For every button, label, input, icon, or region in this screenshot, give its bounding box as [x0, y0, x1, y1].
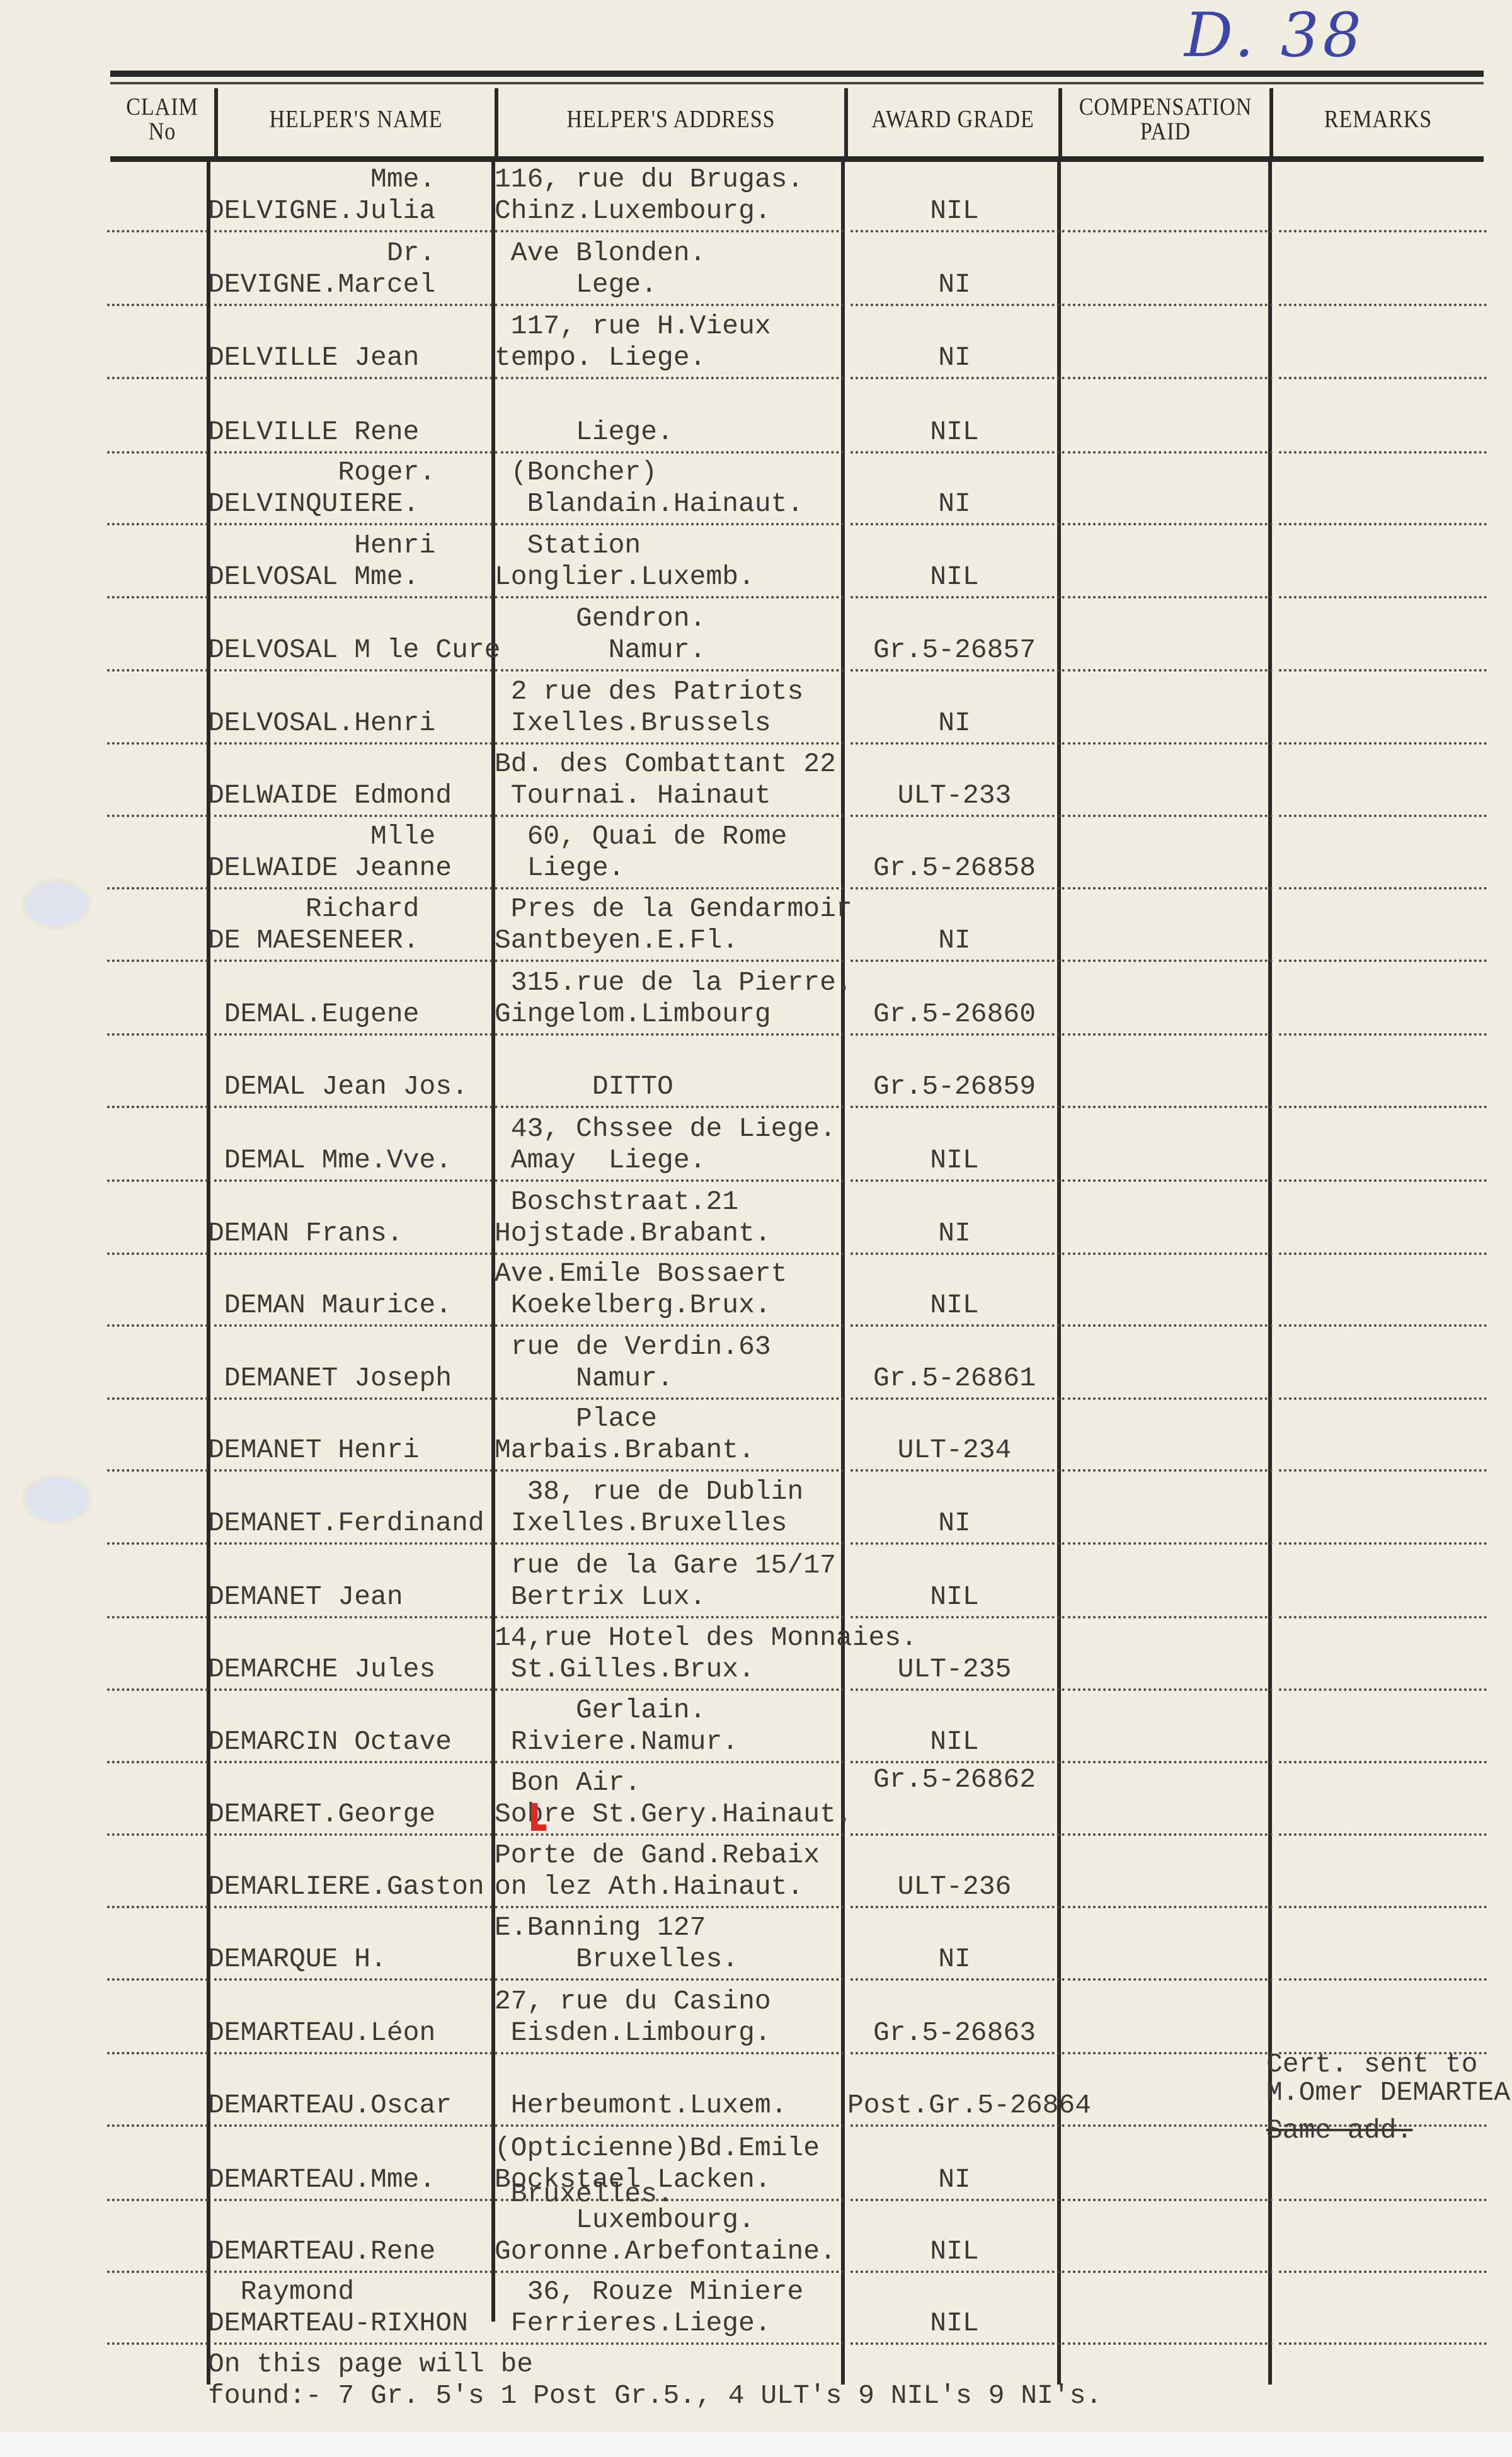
helper-address-line2: Bertrix Lux.	[495, 1581, 860, 1613]
header-award-grade: AWARD GRADE	[847, 84, 1058, 156]
helper-name-line2: DEMAN Frans.	[208, 1218, 488, 1249]
dotted-row-rule	[850, 669, 1065, 672]
dotted-row-rule	[850, 2052, 1065, 2054]
award-grade: Gr.5-26863	[847, 2017, 1062, 2049]
dotted-row-rule	[1279, 959, 1487, 962]
dotted-row-rule	[501, 1106, 844, 1108]
dotted-row-rule	[1068, 304, 1273, 306]
dotted-row-rule	[1068, 230, 1273, 232]
dotted-row-rule	[1279, 1033, 1487, 1036]
dotted-row-rule	[1279, 2342, 1487, 2345]
helper-name-line2: DEMARTEAU.Rene	[208, 2236, 488, 2267]
helper-address-line1: Ave.Emile Bossaert	[495, 1258, 860, 1290]
dotted-row-rule	[1279, 304, 1487, 306]
dotted-row-rule	[850, 1978, 1065, 1981]
dotted-row-rule	[1279, 815, 1487, 817]
header-divider	[214, 88, 218, 157]
table-row: DELVILLE Jean 117, rue H.Vieuxtempo. Lie…	[107, 307, 1487, 380]
helper-address-line1: Place	[495, 1403, 860, 1435]
helper-name-line2: DELVOSAL.Henri	[208, 707, 488, 739]
dotted-row-rule	[501, 815, 844, 817]
helper-address-line2: Hojstade.Brabant.	[495, 1218, 860, 1249]
helper-name-line2: DELVILLE Rene	[208, 416, 488, 448]
dotted-row-rule	[107, 2052, 208, 2054]
award-grade: Gr.5-26858	[847, 852, 1062, 884]
dotted-row-rule	[501, 1761, 844, 1763]
helper-address-line1: Ave Blonden.	[495, 238, 860, 269]
table-row: DEMARET.George Bon Air.Sobre St.Gery.Hai…	[107, 1764, 1487, 1836]
dotted-row-rule	[214, 742, 498, 745]
dotted-row-rule	[107, 2124, 208, 2127]
dotted-row-rule	[1279, 669, 1487, 672]
helper-address-line2: Namur.	[495, 1363, 860, 1394]
dotted-row-rule	[107, 1106, 208, 1108]
dotted-row-rule	[850, 596, 1065, 598]
award-grade: NI	[847, 707, 1062, 739]
dotted-row-rule	[1068, 1688, 1273, 1691]
helper-address-line2: Riviere.Namur.	[495, 1726, 860, 1758]
dotted-row-rule	[1068, 1906, 1273, 1908]
table-row: DEMANET Henri PlaceMarbais.Brabant.ULT-2…	[107, 1400, 1487, 1472]
helper-address-line1: (Opticienne)Bd.Emile	[495, 2133, 860, 2164]
helper-address-line1: 2 rue des Patriots	[495, 676, 860, 707]
dotted-row-rule	[214, 1179, 498, 1182]
helper-address-line1: 27, rue du Casino	[495, 1986, 860, 2017]
helper-address-line2: St.Gilles.Brux.	[495, 1654, 860, 1685]
helper-address-line1: 36, Rouze Miniere	[495, 2276, 860, 2308]
award-grade: NI	[847, 269, 1062, 301]
dotted-row-rule	[850, 1106, 1065, 1108]
dotted-row-rule	[1068, 2124, 1273, 2127]
helper-name-line2: DEMARCHE Jules	[208, 1654, 488, 1685]
helper-address-line2: Santbeyen.E.Fl.	[495, 925, 860, 956]
dotted-row-rule	[1279, 1616, 1487, 1618]
dotted-row-rule	[501, 230, 844, 232]
dotted-row-rule	[107, 1616, 208, 1618]
dotted-row-rule	[1068, 669, 1273, 672]
dotted-row-rule	[214, 1761, 498, 1763]
award-grade: ULT-235	[847, 1654, 1062, 1685]
dotted-row-rule	[501, 1833, 844, 1836]
award-grade: NI	[847, 488, 1062, 520]
dotted-row-rule	[850, 1033, 1065, 1036]
dotted-row-rule	[850, 959, 1065, 962]
dotted-row-rule	[850, 2124, 1065, 2127]
helper-address-line2: tempo. Liege.	[495, 342, 860, 374]
award-grade: NIL	[847, 195, 1062, 227]
header-divider	[495, 88, 498, 157]
dotted-row-rule	[501, 959, 844, 962]
dotted-row-rule	[1279, 1469, 1487, 1472]
dotted-row-rule	[1279, 596, 1487, 598]
helper-name-line2: DEMANET.Ferdinand	[208, 1508, 488, 1539]
table-row: DEMAN Frans. Boschstraat.21Hojstade.Brab…	[107, 1183, 1487, 1256]
helper-address-line2: Koekelberg.Brux.	[495, 1290, 860, 1321]
dotted-row-rule	[107, 1978, 208, 1981]
helper-name-line2: DEMAL Jean Jos.	[208, 1071, 488, 1102]
helper-address-line1: 14,rue Hotel des Monnaies.	[495, 1622, 860, 1654]
dotted-row-rule	[850, 1616, 1065, 1618]
dotted-row-rule	[1068, 2052, 1273, 2054]
dotted-row-rule	[850, 1906, 1065, 1908]
dotted-row-rule	[1068, 596, 1273, 598]
table-row: DEMANET Joseph rue de Verdin.63 Namur.Gr…	[107, 1328, 1487, 1400]
header-divider	[844, 88, 848, 157]
award-grade: NI	[847, 1218, 1062, 1249]
dotted-row-rule	[501, 1033, 844, 1036]
helper-name-line2: DEMARET.George	[208, 1799, 488, 1830]
helper-name-line2: DELVILLE Jean	[208, 342, 488, 374]
table-row: DEMAL Jean Jos. DITTOGr.5-26859	[107, 1036, 1487, 1109]
dotted-row-rule	[214, 815, 498, 817]
dotted-row-rule	[1279, 887, 1487, 890]
punch-hole	[25, 1477, 88, 1521]
dotted-row-rule	[1068, 959, 1273, 962]
dotted-row-rule	[214, 2052, 498, 2054]
dotted-row-rule	[214, 596, 498, 598]
footer-summary-line1: On this page will be	[208, 2349, 533, 2380]
dotted-row-rule	[214, 1542, 498, 1545]
dotted-row-rule	[1068, 1106, 1273, 1108]
dotted-row-rule	[107, 959, 208, 962]
helper-name-line2: DEMAL.Eugene	[208, 999, 488, 1030]
helper-name-line2: DEMARTEAU.Léon	[208, 2017, 488, 2049]
header-divider	[1269, 88, 1273, 157]
header-helper-address: HELPER'S ADDRESS	[498, 84, 844, 156]
dotted-row-rule	[107, 304, 208, 306]
dotted-row-rule	[1068, 2342, 1273, 2345]
dotted-row-rule	[850, 1688, 1065, 1691]
dotted-row-rule	[850, 1761, 1065, 1763]
red-correction-mark	[531, 1803, 537, 1831]
dotted-row-rule	[1279, 230, 1487, 232]
dotted-row-rule	[501, 1179, 844, 1182]
dotted-row-rule	[1279, 1324, 1487, 1327]
helper-name-line2: DE MAESENEER.	[208, 925, 488, 956]
dotted-row-rule	[501, 1616, 844, 1618]
award-grade: ULT-233	[847, 780, 1062, 811]
helper-address-line1: 117, rue H.Vieux	[495, 311, 860, 342]
award-grade: NIL	[847, 1145, 1062, 1176]
dotted-row-rule	[214, 669, 498, 672]
table-row: DEMARLIERE.GastonPorte de Gand.Rebaixon …	[107, 1836, 1487, 1909]
table-row: Roger.DELVINQUIERE. (Boncher) Blandain.H…	[107, 454, 1487, 526]
helper-address-line1: Pres de la Gendarmoir	[495, 893, 860, 925]
footer-summary-line2: found:- 7 Gr. 5's 1 Post Gr.5., 4 ULT's …	[208, 2380, 1102, 2412]
helper-address-line2: Herbeumont.Luxem.	[495, 2090, 860, 2121]
award-grade: Gr.5-26857	[847, 634, 1062, 666]
helper-name-line2: DEVIGNE.Marcel	[208, 269, 488, 301]
helper-name-line2: DEMARTEAU.Oscar	[208, 2090, 488, 2121]
dotted-row-rule	[214, 2124, 498, 2127]
helper-name-line2: DEMARTEAU-RIXHON	[208, 2308, 488, 2339]
dotted-row-rule	[1068, 815, 1273, 817]
helper-address-line2: Ferrieres.Liege.	[495, 2308, 860, 2339]
award-grade: NIL	[847, 1581, 1062, 1613]
dotted-row-rule	[214, 1833, 498, 1836]
table-row: DEMARTEAU.Mme.(Opticienne)Bd.EmileBockst…	[107, 2129, 1487, 2202]
dotted-row-rule	[850, 887, 1065, 890]
dotted-row-rule	[107, 1033, 208, 1036]
dotted-row-rule	[1279, 523, 1487, 525]
dotted-row-rule	[1279, 1761, 1487, 1763]
helper-name-line1: Mme.	[208, 164, 488, 195]
punch-hole	[25, 882, 88, 926]
award-grade: NI	[847, 925, 1062, 956]
dotted-row-rule	[214, 1906, 498, 1908]
helper-name-line2: DELVIGNE.Julia	[208, 195, 488, 227]
table-row: DEMAL.Eugene 315.rue de la Pierre.Gingel…	[107, 964, 1487, 1036]
header-helper-name: HELPER'S NAME	[217, 84, 495, 156]
award-grade: NIL	[847, 416, 1062, 448]
dotted-row-rule	[501, 304, 844, 306]
helper-address-line1: 38, rue de Dublin	[495, 1476, 860, 1508]
dotted-row-rule	[850, 1179, 1065, 1182]
header-remarks: REMARKS	[1273, 84, 1484, 156]
helper-address-line1: rue de la Gare 15/17	[495, 1550, 860, 1581]
award-grade: Gr.5-26859	[847, 1071, 1062, 1102]
helper-address-line1: rue de Verdin.63	[495, 1331, 860, 1363]
dotted-row-rule	[107, 523, 208, 525]
dotted-row-rule	[1068, 1542, 1273, 1545]
dotted-row-rule	[501, 596, 844, 598]
header-divider	[1058, 88, 1062, 157]
header-claim-no: CLAIM No	[110, 84, 214, 156]
dotted-row-rule	[1068, 1324, 1273, 1327]
helper-address-line2: Ixelles.Brussels	[495, 707, 860, 739]
helper-address-line1: Station	[495, 530, 860, 561]
helper-name-line1: Roger.	[208, 457, 488, 488]
table-row: HenriDELVOSAL Mme. StationLonglier.Luxem…	[107, 527, 1487, 599]
helper-address-line1: E.Banning 127	[495, 1912, 860, 1944]
dotted-row-rule	[1279, 1542, 1487, 1545]
dotted-row-rule	[214, 1978, 498, 1981]
award-grade: NIL	[847, 1726, 1062, 1758]
helper-address-line1: Boschstraat.21	[495, 1186, 860, 1218]
helper-name-line2: DELVOSAL M le Cure	[208, 634, 488, 666]
helper-address-line1: (Boncher)	[495, 457, 860, 488]
table-row: DEMARTEAU.Oscar Herbeumont.Luxem.Post.Gr…	[107, 2055, 1487, 2128]
dotted-row-rule	[1068, 1978, 1273, 1981]
dotted-row-rule	[1068, 377, 1273, 379]
dotted-row-rule	[501, 669, 844, 672]
dotted-row-rule	[107, 1833, 208, 1836]
helper-address-line2: Sobre St.Gery.Hainaut.	[495, 1799, 860, 1830]
dotted-row-rule	[1068, 742, 1273, 745]
dotted-row-rule	[850, 815, 1065, 817]
dotted-row-rule	[1068, 1616, 1273, 1618]
award-grade: NIL	[847, 2308, 1062, 2339]
award-grade: Gr.5-26862	[847, 1764, 1062, 1795]
dotted-row-rule	[214, 1033, 498, 1036]
remarks-line1: Cert. sent to	[1266, 2049, 1493, 2080]
helper-address-line2: Longlier.Luxemb.	[495, 561, 860, 593]
dotted-row-rule	[214, 959, 498, 962]
helper-address-line1: Gendron.	[495, 603, 860, 634]
helper-name-line1: Richard	[208, 893, 488, 925]
table-row: MlleDELWAIDE Jeanne 60, Quai de Rome Lie…	[107, 818, 1487, 890]
table-row: DEMARCHE Jules14,rue Hotel des Monnaies.…	[107, 1619, 1487, 1692]
dotted-row-rule	[107, 377, 208, 379]
award-grade: NI	[847, 2164, 1062, 2196]
dotted-row-rule	[501, 1978, 844, 1981]
dotted-row-rule	[501, 2052, 844, 2054]
helper-address-line2: Marbais.Brabant.	[495, 1435, 860, 1466]
dotted-row-rule	[501, 742, 844, 745]
table-row: DEMARQUE H.E.Banning 127 Bruxelles.NI	[107, 1909, 1487, 1981]
dotted-row-rule	[214, 1324, 498, 1327]
helper-address-line1: Bon Air.	[495, 1767, 860, 1799]
helper-name-line2: DELWAIDE Jeanne	[208, 852, 488, 884]
dotted-row-rule	[1279, 377, 1487, 379]
helper-address-line1: 116, rue du Brugas.	[495, 164, 860, 195]
dotted-row-rule	[107, 1324, 208, 1327]
award-grade: Post.Gr.5-26864	[847, 2090, 1062, 2121]
dotted-row-rule	[501, 1542, 844, 1545]
table-row: DEMAN Maurice.Ave.Emile Bossaert Koekelb…	[107, 1255, 1487, 1327]
dotted-row-rule	[850, 523, 1065, 525]
dotted-row-rule	[850, 742, 1065, 745]
helper-address-line2: Eisden.Limbourg.	[495, 2017, 860, 2049]
helper-name-line2: DELVOSAL Mme.	[208, 561, 488, 593]
helper-address-line1: Gerlain.	[495, 1695, 860, 1726]
header-top-rule	[110, 71, 1484, 77]
helper-name-line2: DEMANET Joseph	[208, 1363, 488, 1394]
table-row: DEMANET Jean rue de la Gare 15/17 Bertri…	[107, 1547, 1487, 1619]
dotted-row-rule	[1279, 1833, 1487, 1836]
table-row: RaymondDEMARTEAU-RIXHON 36, Rouze Minier…	[107, 2273, 1487, 2345]
dotted-row-rule	[501, 1469, 844, 1472]
helper-name-line2: DEMAL Mme.Vve.	[208, 1145, 488, 1176]
table-row: DEMANET.Ferdinand 38, rue de Dublin Ixel…	[107, 1473, 1487, 1545]
helper-address-line2: Liege.	[495, 416, 860, 448]
table-row: Dr.DEVIGNE.Marcel Ave Blonden. Lege.NI	[107, 234, 1487, 307]
dotted-row-rule	[1279, 1978, 1487, 1981]
helper-name-line2: DEMARTEAU.Mme.	[208, 2164, 488, 2196]
dotted-row-rule	[214, 2342, 498, 2345]
dotted-row-rule	[107, 887, 208, 890]
dotted-row-rule	[501, 1906, 844, 1908]
dotted-row-rule	[501, 887, 844, 890]
dotted-row-rule	[214, 1469, 498, 1472]
dotted-row-rule	[107, 1761, 208, 1763]
helper-address-line2: Tournai. Hainaut	[495, 780, 860, 811]
dotted-row-rule	[1068, 523, 1273, 525]
helper-address-line1: 315.rue de la Pierre.	[495, 967, 860, 999]
dotted-row-rule	[1068, 1469, 1273, 1472]
helper-address-line2: on lez Ath.Hainaut.	[495, 1871, 860, 1903]
award-grade: Gr.5-26861	[847, 1363, 1062, 1394]
helper-name-line2: DEMARLIERE.Gaston	[208, 1871, 488, 1903]
dotted-row-rule	[501, 2124, 844, 2127]
dotted-row-rule	[850, 1324, 1065, 1327]
table-row: DELWAIDE EdmondBd. des Combattant 22 Tou…	[107, 745, 1487, 818]
page-number-annotation: D. 38	[1184, 0, 1365, 71]
dotted-row-rule	[850, 1833, 1065, 1836]
dotted-row-rule	[850, 1469, 1065, 1472]
dotted-row-rule	[1068, 1033, 1273, 1036]
dotted-row-rule	[107, 742, 208, 745]
table-row: DEMAL Mme.Vve. 43, Chssee de Liege. Amay…	[107, 1110, 1487, 1183]
dotted-row-rule	[1279, 1688, 1487, 1691]
award-grade: NIL	[847, 1290, 1062, 1321]
helper-name-line2: DEMARQUE H.	[208, 1944, 488, 1975]
table-row: DELVILLE Rene Liege.NIL	[107, 382, 1487, 454]
dotted-row-rule	[850, 230, 1065, 232]
dotted-row-rule	[214, 1106, 498, 1108]
dotted-row-rule	[850, 377, 1065, 379]
scan-background	[0, 2432, 1512, 2457]
table-row: DEMARTEAU.Rene Luxembourg.Goronne.Arbefo…	[107, 2201, 1487, 2274]
dotted-row-rule	[107, 815, 208, 817]
dotted-row-rule	[214, 887, 498, 890]
table-row: DELVOSAL M le Cure Gendron. Namur.Gr.5-2…	[107, 600, 1487, 672]
dotted-row-rule	[1068, 1179, 1273, 1182]
dotted-row-rule	[1279, 1906, 1487, 1908]
helper-name-line2: DEMANET Henri	[208, 1435, 488, 1466]
dotted-row-rule	[1279, 742, 1487, 745]
helper-address-line2: Blandain.Hainaut.	[495, 488, 860, 520]
award-grade: ULT-234	[847, 1435, 1062, 1466]
dotted-row-rule	[214, 230, 498, 232]
dotted-row-rule	[214, 1688, 498, 1691]
helper-name-line1: Henri	[208, 530, 488, 561]
helper-address-line1: 43, Chssee de Liege.	[495, 1113, 860, 1145]
helper-address-line1: Bd. des Combattant 22	[495, 748, 860, 780]
helper-name-line2: DEMARCIN Octave	[208, 1726, 488, 1758]
award-grade: NI	[847, 1944, 1062, 1975]
helper-address-line2: Lege.	[495, 269, 860, 301]
helper-name-line2: DEMAN Maurice.	[208, 1290, 488, 1321]
dotted-row-rule	[214, 1616, 498, 1618]
dotted-row-rule	[501, 1324, 844, 1327]
table-row: DEMARCIN Octave Gerlain. Riviere.Namur.N…	[107, 1692, 1487, 1764]
award-grade: NI	[847, 1508, 1062, 1539]
dotted-row-rule	[1068, 1833, 1273, 1836]
remarks-line2: M.Omer DEMARTEAU	[1266, 2077, 1493, 2109]
dotted-row-rule	[1279, 1179, 1487, 1182]
dotted-row-rule	[107, 230, 208, 232]
helper-address-line2: Gingelom.Limbourg	[495, 999, 860, 1030]
award-grade: NI	[847, 342, 1062, 374]
dotted-row-rule	[1279, 1106, 1487, 1108]
dotted-row-rule	[107, 669, 208, 672]
table-row: DELVOSAL.Henri 2 rue des Patriots Ixelle…	[107, 673, 1487, 745]
dotted-row-rule	[107, 1179, 208, 1182]
award-grade: NIL	[847, 2236, 1062, 2267]
helper-address-line2: DITTO	[495, 1071, 860, 1102]
helper-address-line2: Goronne.Arbefontaine.	[495, 2236, 860, 2267]
helper-name-line1: Mlle	[208, 821, 488, 852]
dotted-row-rule	[107, 1906, 208, 1908]
dotted-row-rule	[850, 1542, 1065, 1545]
award-grade: NIL	[847, 561, 1062, 593]
dotted-row-rule	[214, 304, 498, 306]
award-grade: ULT-236	[847, 1871, 1062, 1903]
dotted-row-rule	[1279, 2124, 1487, 2127]
helper-address-line1: Luxembourg.	[495, 2204, 860, 2236]
dotted-row-rule	[107, 2342, 208, 2345]
dotted-row-rule	[107, 596, 208, 598]
dotted-row-rule	[850, 304, 1065, 306]
table-row: RichardDE MAESENEER. Pres de la Gendarmo…	[107, 890, 1487, 963]
dotted-row-rule	[107, 1688, 208, 1691]
dotted-row-rule	[214, 523, 498, 525]
helper-address-line2: Bruxelles.	[495, 1944, 860, 1975]
table-row: DEMARTEAU.Léon27, rue du Casino Eisden.L…	[107, 1983, 1487, 2055]
dotted-row-rule	[107, 1469, 208, 1472]
dotted-row-rule	[1068, 1761, 1273, 1763]
